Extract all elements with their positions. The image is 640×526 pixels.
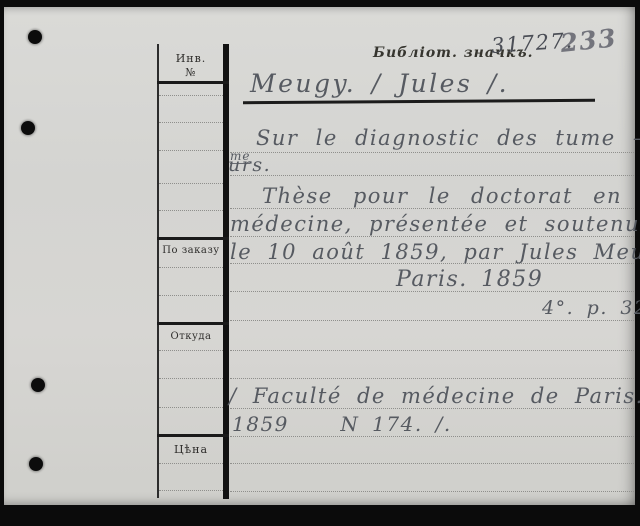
imprint: Paris. 1859: [396, 267, 543, 292]
ruled-line: [230, 463, 634, 464]
title-line-1: Sur le diagnostic des tume —: [256, 126, 640, 150]
ruled-line: [159, 295, 223, 296]
inventory-number-label-line2: №: [157, 66, 225, 79]
ruled-line: [230, 408, 634, 409]
secondary-number-handwritten: 233: [559, 23, 618, 58]
ruled-line: [230, 175, 634, 176]
punch-hole-2: [21, 121, 35, 135]
ruled-line: [230, 236, 634, 237]
ruled-line: [230, 378, 634, 379]
author-heading: Meugy. / Jules /.: [250, 69, 509, 98]
ruled-line: [159, 210, 223, 211]
order-label: По заказу: [157, 245, 225, 256]
section-divider: [157, 322, 229, 325]
ruled-line: [230, 320, 634, 321]
index-column-right-border: [223, 44, 229, 499]
catalog-card: Инв. № По заказу Откуда Цѣна Библіот. зн…: [4, 7, 635, 505]
author-underline: [243, 99, 595, 104]
section-divider: [157, 81, 229, 84]
inventory-number-label-line1: Инв.: [157, 52, 225, 65]
ruled-line: [159, 95, 223, 96]
ruled-line: [159, 463, 223, 464]
punch-hole-1: [28, 30, 42, 44]
ruled-line: [159, 150, 223, 151]
description-line-2: médecine, présentée et soutenue: [230, 212, 640, 236]
title-carryover: urs.: [228, 154, 271, 176]
ruled-line: [230, 436, 634, 437]
ruled-line: [230, 152, 634, 153]
index-column-left-border: [157, 44, 159, 498]
ruled-line: [159, 407, 223, 408]
ruled-line: [230, 208, 634, 209]
source-line-1: / Faculté de médecine de Paris.: [229, 384, 640, 408]
punch-hole-4: [29, 457, 43, 471]
description-line-1: Thèse pour le doctorat en: [262, 184, 622, 208]
ruled-line: [159, 183, 223, 184]
ruled-line: [159, 490, 223, 491]
price-label: Цѣна: [157, 443, 225, 456]
ruled-line: [230, 491, 634, 492]
source-line-2: 1859 N 174. /.: [232, 412, 452, 436]
ruled-line: [230, 350, 634, 351]
format-pagination: 4°. p. 32.: [542, 297, 640, 319]
section-divider: [157, 434, 229, 437]
ruled-line: [159, 350, 223, 351]
scanned-catalog-card-page: { "colors": { "paper": "#d6d5d2", "frame…: [0, 0, 640, 526]
origin-label: Откуда: [157, 331, 225, 342]
section-divider: [157, 237, 229, 240]
ruled-line: [159, 267, 223, 268]
ruled-line: [159, 378, 223, 379]
description-line-3: le 10 août 1859, par Jules Meugy.: [230, 240, 640, 264]
punch-hole-3: [31, 378, 45, 392]
ruled-line: [159, 122, 223, 123]
